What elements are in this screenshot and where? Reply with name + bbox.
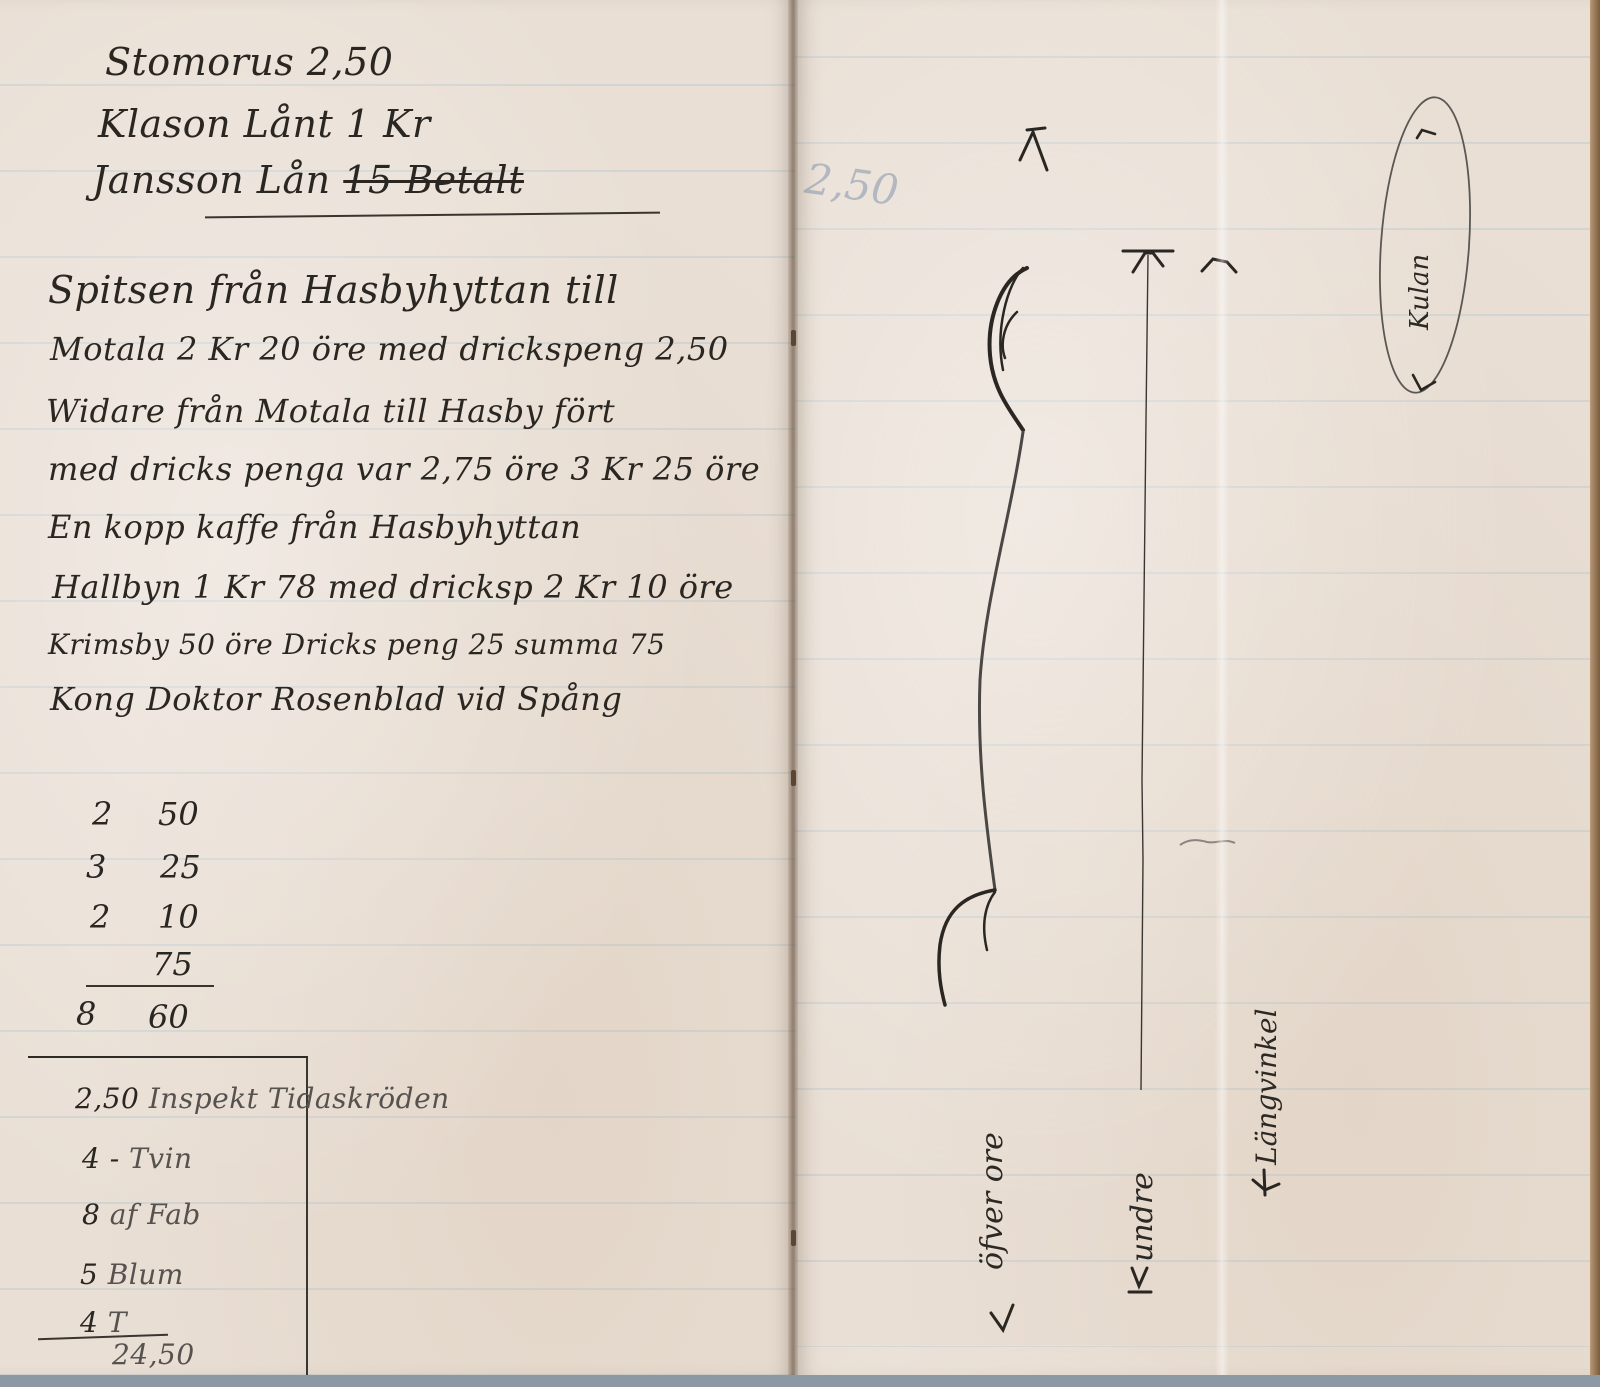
right-page: 2,50 xyxy=(795,0,1600,1375)
journey-line-5: En kopp kaffe från Hasbyhyttan xyxy=(48,508,581,546)
top-arrow-left-icon xyxy=(1020,128,1047,170)
boxed-row-2-label: Tvin xyxy=(129,1142,192,1175)
header-underline xyxy=(205,212,660,219)
boxed-row-4: 5 Blum xyxy=(80,1258,184,1291)
sum-row-4-ore: 75 xyxy=(152,945,193,983)
sum-row-1-kr: 2 xyxy=(92,795,112,833)
label-oval: Kulan xyxy=(1405,254,1435,330)
boxed-row-1-label: Inspekt Tidaskröden xyxy=(149,1082,450,1115)
header-line-2: Klason Lånt 1 Kr xyxy=(98,102,431,146)
scan-background-strip xyxy=(0,1375,1600,1387)
oval-arrow-top-icon xyxy=(1417,130,1435,138)
bottom-arrow-left-icon xyxy=(991,1305,1013,1330)
boxed-row-3-amount: 8 xyxy=(82,1198,100,1231)
header-line-3: Jansson Lån 15 Betalt xyxy=(92,158,524,202)
journey-line-8: Kong Doktor Rosenblad vid Spång xyxy=(50,680,622,718)
binding-stitch xyxy=(791,1230,796,1246)
boxed-row-2-amount: 4 - xyxy=(82,1142,120,1175)
oval-outline xyxy=(1371,94,1479,395)
sum-rule xyxy=(86,985,214,987)
journey-line-7: Krimsby 50 öre Dricks peng 25 summa 75 xyxy=(48,628,665,661)
journey-line-2: Motala 2 Kr 20 öre med drickspeng 2,50 xyxy=(50,330,729,368)
left-page: Stomorus 2,50 Klason Lånt 1 Kr Jansson L… xyxy=(0,0,795,1375)
boxed-row-4-label: Blum xyxy=(108,1258,184,1291)
boxed-row-3-label: af Fab xyxy=(110,1198,201,1231)
boxed-total: 24,50 xyxy=(112,1338,195,1371)
measurement-sketch xyxy=(795,0,1600,1375)
header-line-3-text: Jansson Lån xyxy=(92,158,331,202)
page-fold xyxy=(1215,0,1229,1375)
sum-row-3-kr: 2 xyxy=(90,898,110,936)
sum-total-ore: 60 xyxy=(148,998,189,1036)
bottom-arrow-mid-icon xyxy=(1129,1268,1151,1292)
binding-stitch xyxy=(791,330,796,346)
boxed-row-4-amount: 5 xyxy=(80,1258,98,1291)
boxed-row-3: 8 af Fab xyxy=(82,1198,201,1231)
boxed-row-5: 4 T xyxy=(80,1306,127,1339)
boxed-row-5-label: T xyxy=(108,1306,127,1339)
boxed-row-5-amount: 4 xyxy=(80,1306,98,1339)
boxed-row-1: 2,50 Inspekt Tidaskröden xyxy=(75,1082,450,1115)
sum-row-2-kr: 3 xyxy=(86,848,106,886)
journey-line-6: Hallbyn 1 Kr 78 med dricksp 2 Kr 10 öre xyxy=(52,568,734,606)
journey-line-3: Widare från Motala till Hasby fört xyxy=(46,392,615,430)
sum-row-1-ore: 50 xyxy=(158,795,199,833)
oval-arrow-bottom-icon xyxy=(1413,375,1435,390)
header-line-3-struck: 15 Betalt xyxy=(343,158,524,202)
binding-stitch xyxy=(791,770,796,786)
boxed-row-2: 4 - Tvin xyxy=(82,1142,193,1175)
header-line-1: Stomorus 2,50 xyxy=(105,40,393,84)
book-gutter xyxy=(788,0,798,1375)
label-length: Längvinkel xyxy=(1250,1008,1283,1165)
sum-total-kr: 8 xyxy=(76,995,96,1033)
label-middle: undre xyxy=(1125,1172,1160,1262)
bottom-arrow-right-icon xyxy=(1253,1170,1279,1195)
vertical-guide-line xyxy=(1141,255,1148,1090)
boxed-row-1-amount: 2,50 xyxy=(75,1082,139,1115)
notebook-spread: Stomorus 2,50 Klason Lånt 1 Kr Jansson L… xyxy=(0,0,1600,1375)
journey-line-4: med dricks penga var 2,75 öre 3 Kr 25 ör… xyxy=(48,450,760,488)
sum-row-2-ore: 25 xyxy=(160,848,201,886)
profile-curve xyxy=(939,268,1027,1005)
sum-row-3-ore: 10 xyxy=(158,898,199,936)
journey-line-1: Spitsen från Hasbyhyttan till xyxy=(48,268,619,312)
label-upper: öfver ore xyxy=(975,1132,1010,1270)
